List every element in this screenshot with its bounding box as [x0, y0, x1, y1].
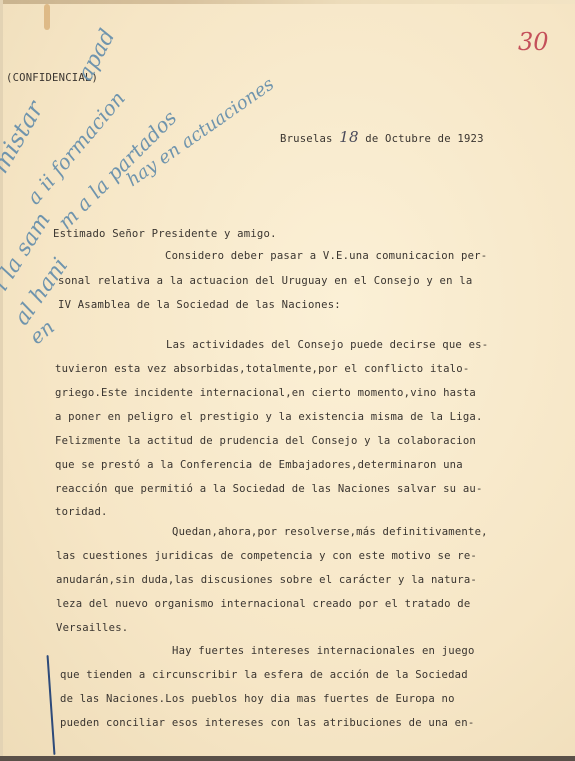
body-line-4: Las actividades del Consejo puede decirs…: [166, 339, 488, 351]
place: Bruselas: [280, 133, 333, 145]
body-line-19: de las Naciones.Los pueblos hoy dia mas …: [60, 693, 455, 705]
place-date: Bruselas 18 de Octubre de 1923: [280, 128, 484, 146]
document-page: 30 (CONFIDENCIAL) Bruselas 18 de Octubre…: [0, 0, 575, 761]
body-line-10: reacción que permitió a la Sociedad de l…: [55, 483, 483, 495]
body-line-16: Versailles.: [56, 622, 128, 634]
body-line-20: pueden conciliar esos intereses con las …: [60, 717, 474, 729]
body-line-7: a poner en peligro el prestigio y la exi…: [55, 411, 483, 423]
body-line-5: tuvieron esta vez absorbidas,totalmente,…: [55, 363, 469, 375]
folio-number: 30: [518, 28, 549, 56]
page-top-edge: [0, 0, 575, 4]
body-line-1: Considero deber pasar a V.E.una comunica…: [165, 250, 487, 262]
body-line-3: IV Asamblea de la Sociedad de las Nacion…: [58, 299, 341, 311]
margin-ink-stroke: [47, 655, 56, 755]
page-left-edge: [0, 0, 3, 761]
body-line-14: anudarán,sin duda,las discusiones sobre …: [56, 574, 477, 586]
body-line-8: Felizmente la actitud de prudencia del C…: [55, 435, 476, 447]
handwritten-note: mistar: [0, 96, 49, 178]
body-line-18: que tienden a circunscribir la esfera de…: [60, 669, 468, 681]
paper-stain: [44, 4, 50, 30]
handwritten-note: apad: [73, 25, 121, 85]
body-line-9: que se prestó a la Conferencia de Embaja…: [55, 459, 463, 471]
handwritten-day: 18: [339, 128, 359, 146]
salutation: Estimado Señor Presidente y amigo.: [53, 228, 277, 240]
page-bottom-edge: [0, 756, 575, 761]
body-line-13: las cuestiones juridicas de competencia …: [56, 550, 477, 562]
body-line-11: toridad.: [55, 506, 108, 518]
body-line-17: Hay fuertes intereses internacionales en…: [172, 645, 475, 657]
body-line-12: Quedan,ahora,por resolverse,más definiti…: [172, 526, 488, 538]
body-line-6: griego.Este incidente internacional,en c…: [55, 387, 476, 399]
month-year: de Octubre de 1923: [365, 133, 483, 145]
body-line-2: sonal relativa a la actuacion del Urugua…: [58, 275, 472, 287]
body-line-15: leza del nuevo organismo internacional c…: [56, 598, 470, 610]
